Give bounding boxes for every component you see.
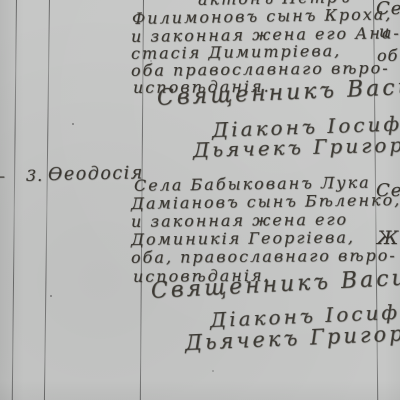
clergy-sexton-signature-top: Дьячекъ Григорій bbox=[193, 132, 400, 162]
right-column-fragment-1: Се bbox=[376, 0, 400, 19]
register-page-scan: – актонъ Петръ Филимоновъ сынъ Кроха, и … bbox=[0, 0, 400, 400]
right-column-fragment-3: об bbox=[377, 46, 398, 65]
entry-3-parents-line-5: оба, православнаго вѣро- bbox=[131, 246, 397, 267]
paper-speck bbox=[50, 295, 52, 297]
right-column-fragment-4: Се bbox=[376, 180, 400, 201]
column-rule-2 bbox=[44, 0, 50, 400]
column-rule-1 bbox=[12, 0, 17, 400]
right-column-fragment-2: и bbox=[379, 22, 390, 41]
entry-3-parents-line-2: Даміановъ сынъ Бѣленко, bbox=[131, 190, 400, 213]
paper-speck bbox=[212, 370, 214, 372]
right-column-fragment-5: Ж bbox=[377, 227, 399, 249]
entry-3-number: 3. bbox=[26, 166, 43, 185]
paper-speck bbox=[150, 60, 152, 62]
paper-speck bbox=[72, 123, 74, 125]
left-margin-fragment: – bbox=[0, 166, 6, 185]
entry-3-child-name: Ѳеодосія bbox=[48, 163, 144, 185]
